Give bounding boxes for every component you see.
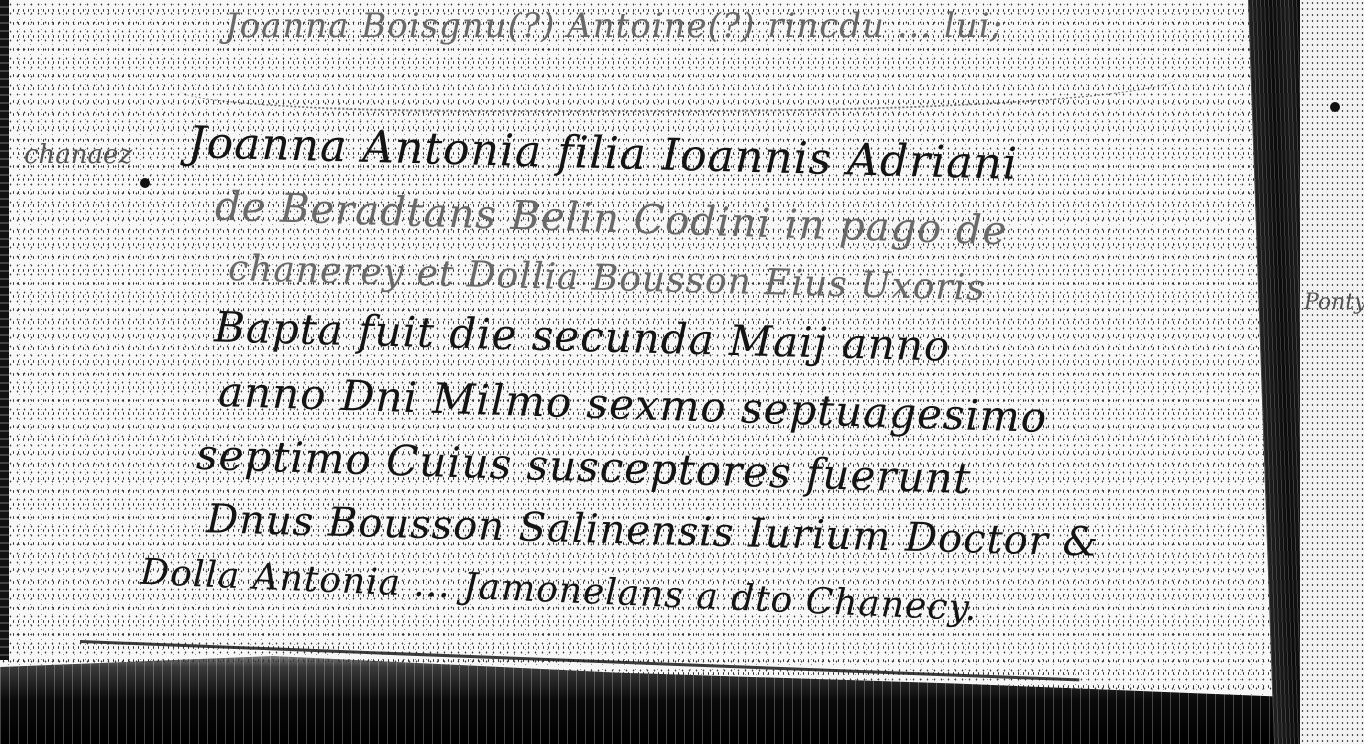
- entry-line-8: Dolla Antonia ... Jamonelans a dto Chane…: [140, 552, 979, 630]
- entry-line-1: Joanna Antonia filia Ioannis Adriani: [187, 117, 1018, 190]
- entry-separator: [180, 40, 1180, 112]
- bottom-dark-shadow: [0, 634, 1364, 744]
- entry-line-3: chanerey et Dollia Bousson Eius Uxoris: [228, 248, 987, 309]
- facing-page-edge: Ponty: [1300, 0, 1364, 744]
- ink-blot-right: [1330, 102, 1340, 112]
- scanned-register-page: Joanna Boisgnu(?) Antoine(?) rincdu ... …: [0, 0, 1364, 744]
- entry-line-6: septimo Cuius susceptores fuerunt: [195, 430, 972, 503]
- page-left-edge: [0, 0, 9, 660]
- margin-name-left: chanaez: [24, 140, 132, 170]
- margin-fragment-right: Ponty: [1304, 290, 1364, 315]
- entry-line-2: de Beradtans Belin Codini in pago de: [214, 184, 1008, 255]
- ink-blot: [140, 178, 150, 188]
- entry-line-5: anno Dni Milmo sexmo septuagesimo: [217, 367, 1047, 442]
- entry-line-4: Bapta fuit die secunda Maij anno: [213, 302, 950, 370]
- entry-line-7: Dnus Bousson Salinensis Iurium Doctor &: [206, 496, 1100, 565]
